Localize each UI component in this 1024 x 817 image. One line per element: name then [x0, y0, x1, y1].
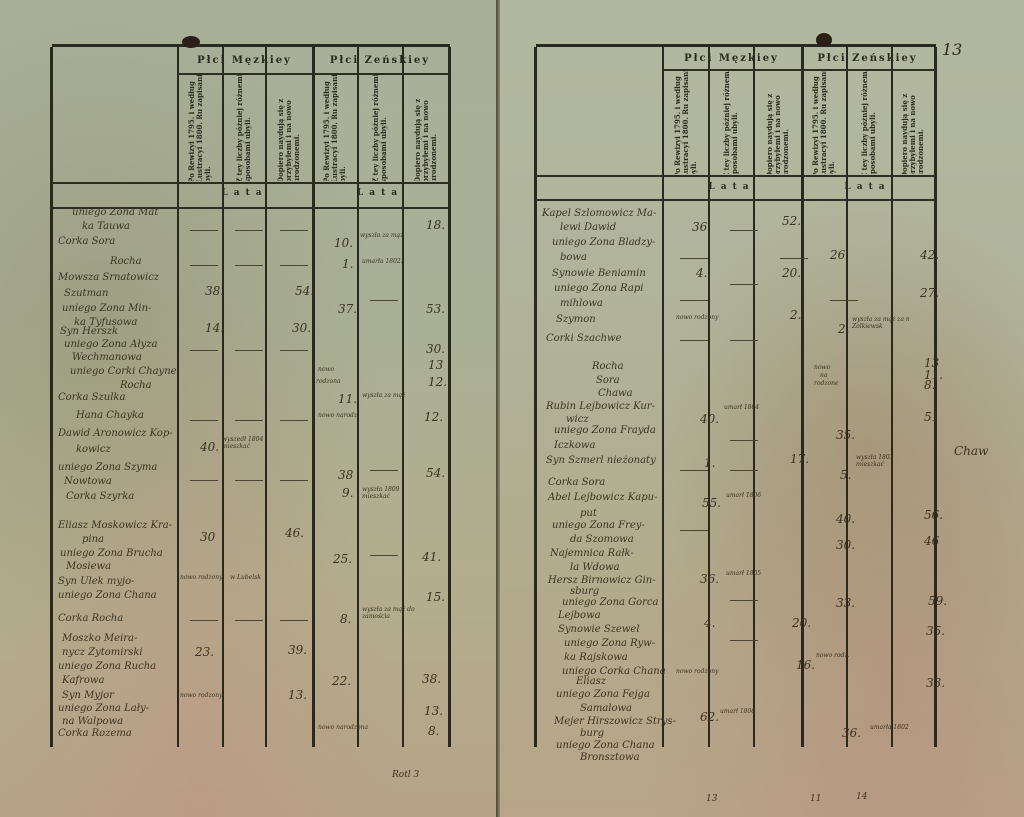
- entry-name: bowa: [560, 252, 587, 263]
- age-value: 8.: [428, 724, 439, 738]
- female-group-title: Płci Zeńskiey: [801, 53, 934, 64]
- age-note: wyszedł 1804 mieszkać: [222, 436, 282, 450]
- entry-name: Synowie Beniamin: [552, 268, 646, 279]
- entry-name: uniego Zona Frey-: [552, 520, 645, 531]
- ink-blot: [816, 33, 832, 47]
- age-value: 40.: [700, 412, 719, 426]
- age-note: nowo rodzony: [180, 692, 240, 699]
- age-note: umarła 1802.: [362, 258, 422, 265]
- entry-name: Kapel Szlomowicz Ma-: [542, 208, 656, 219]
- age-note: wyszła za mąż: [360, 232, 420, 239]
- entry-name: Szutman: [64, 288, 108, 299]
- entry-name: Moszko Meira-: [62, 633, 137, 644]
- entry-name: Szymon: [556, 314, 596, 325]
- col-header-m3: Dopiero naydują się z przybyłemi i na no…: [755, 71, 800, 174]
- age-value: 38: [338, 468, 353, 482]
- entry-name: nycz Zytomirski: [62, 647, 143, 658]
- page-number: 13: [942, 40, 962, 59]
- age-note: nowo rodz.: [816, 652, 876, 659]
- male-group-title: Płci Męzkiey: [177, 55, 312, 66]
- entry-name: na Walpowa: [62, 716, 123, 727]
- entry-name: put: [580, 508, 597, 519]
- age-value: 54.: [426, 466, 445, 480]
- entry-name: Syn Szmerl nieżonaty: [546, 455, 656, 466]
- age-value: 11.: [338, 392, 357, 406]
- left-page: Płci Męzkiey Płci Zeńskiey Po Rewizyi 17…: [0, 0, 500, 817]
- entry-name: burg: [580, 728, 604, 739]
- age-value: 37.: [338, 302, 357, 316]
- entry-name: wicz: [566, 414, 589, 425]
- age-value: 59.: [928, 594, 947, 608]
- entry-name: Kafrowa: [62, 675, 104, 686]
- age-value: 1.: [704, 456, 715, 470]
- entry-name: Mowsza Srnatowicz: [58, 272, 159, 283]
- years-label-male: Lata: [177, 188, 312, 198]
- age-value: 40.: [200, 440, 219, 454]
- entry-name: uniego Zona Chana: [556, 740, 655, 751]
- age-value: 52.: [782, 214, 801, 228]
- entry-name: Corka Rozema: [58, 728, 132, 739]
- entry-name: mihlowa: [560, 298, 603, 309]
- col-header-f1: Po Rewizyi 1795. i według Lustracyi 1800…: [314, 75, 356, 181]
- age-value: 42.: [920, 248, 939, 262]
- age-note: wyszła 1809 mieszkać: [362, 486, 422, 500]
- entry-name: Abel Lejbowicz Kapu-: [548, 492, 657, 503]
- col-header-m2: Z tey liczby później różnemi sposobami u…: [224, 75, 264, 181]
- age-value: 56.: [924, 508, 943, 522]
- entry-name: Lejbowa: [558, 610, 601, 621]
- age-note: wyszła za mąż do zamościa: [362, 606, 422, 620]
- age-value: 36.: [842, 726, 861, 740]
- entry-name: Hersz Birnowicz Gin-: [548, 575, 656, 586]
- age-value: 9.: [342, 486, 353, 500]
- entry-name: uniego Zona Ryw-: [564, 638, 655, 649]
- bottom-mark: 14: [856, 792, 867, 802]
- years-label-male: Lata: [662, 182, 801, 192]
- age-value: 10.: [334, 236, 353, 250]
- age-note: wyszła za mąż: [362, 392, 422, 399]
- age-note: nowo: [814, 364, 874, 371]
- entry-name: Iczkowa: [554, 440, 595, 451]
- entry-name: Mejer Hirszowicz Strys-: [554, 716, 676, 727]
- entry-name: Corka Szyrka: [66, 491, 134, 502]
- male-group-title: Płci Męzkiey: [662, 53, 801, 64]
- age-note: rodzona: [316, 378, 376, 385]
- entry-name: uniego Zona Ałyza: [64, 339, 158, 350]
- age-note: nowo narodz.: [318, 412, 378, 419]
- age-note: nowo rodzony: [676, 668, 736, 675]
- age-value: 5.: [840, 468, 851, 482]
- age-value: 18.: [426, 218, 445, 232]
- age-note: umarł 1806: [726, 492, 786, 499]
- entry-name: Rocha: [592, 361, 624, 372]
- age-note: rodzone: [814, 380, 874, 387]
- entry-name: Eliasz Moskowicz Kra-: [58, 520, 172, 531]
- age-note: nowo rodzony: [676, 314, 736, 321]
- col-header-f2: Z tey liczby później różnemi sposobami u…: [848, 71, 890, 174]
- right-page: Płci Męzkiey Płci Zeńskiey Po Rewizyi 17…: [500, 0, 1024, 817]
- entry-name: Corka Sora: [58, 236, 115, 247]
- entry-name: uniego Zona Szyma: [58, 462, 157, 473]
- age-note: umarł 1804: [724, 404, 784, 411]
- age-value: 62.: [700, 710, 719, 724]
- age-value: 8.: [924, 378, 935, 392]
- age-note: wyszła 1803 mieszkać: [856, 454, 916, 468]
- entry-name: Nowtowa: [64, 476, 112, 487]
- age-value: 14.: [205, 321, 224, 335]
- col-header-f2: Z tey liczby później różnemi sposobami u…: [359, 75, 401, 181]
- age-value: 35.: [926, 624, 945, 638]
- age-value: 36.: [692, 220, 711, 234]
- age-value: 46: [924, 534, 939, 548]
- entry-name: uniego Zona Brucha: [60, 548, 163, 559]
- age-value: 12.: [428, 375, 447, 389]
- entry-name: Synowie Szewel: [558, 624, 640, 635]
- age-value: 54.: [295, 284, 314, 298]
- entry-name: Corki Szachwe: [546, 333, 622, 344]
- entry-name: Syn Herszk: [60, 326, 118, 337]
- entry-name: pina: [82, 534, 104, 545]
- entry-name: sburg: [570, 586, 599, 597]
- age-value: 23.: [195, 645, 214, 659]
- age-value: 8.: [340, 612, 351, 626]
- entry-name: uniego Zona Fejga: [556, 689, 650, 700]
- age-value: 38.: [205, 284, 224, 298]
- col-header-m2: Z tey liczby później różnemi sposobami u…: [710, 71, 752, 174]
- entry-name: Corka Szulka: [58, 392, 125, 403]
- entry-name: Syn Myjor: [62, 690, 114, 701]
- age-note: na: [820, 372, 880, 379]
- entry-name: uniego Zona Mat: [72, 207, 158, 218]
- age-value: 41.: [422, 550, 441, 564]
- entry-name: ka Rajskowa: [564, 652, 628, 663]
- age-value: 30: [200, 530, 215, 544]
- age-value: 39.: [288, 643, 307, 657]
- age-value: 13.: [288, 688, 307, 702]
- age-value: 36.: [700, 572, 719, 586]
- entry-name: lewi Dawid: [560, 222, 616, 233]
- entry-name: Syn Ulek myjo-: [58, 576, 135, 587]
- margin-note: Chaw: [954, 444, 988, 458]
- age-value: 20.: [792, 616, 811, 630]
- age-value: 55.: [702, 496, 721, 510]
- col-header-f3: Dopiero naydują się z przybyłemi i na no…: [404, 75, 447, 181]
- entry-name: uniego Corki Chayne: [70, 366, 177, 377]
- entry-name: uniego Zona Rapi: [554, 283, 643, 294]
- entry-name: Chawa: [598, 388, 633, 399]
- age-value: 1.: [342, 257, 353, 271]
- entry-name: Najemnica Rałk-: [550, 548, 634, 559]
- bottom-note: Rotl 3: [392, 770, 419, 780]
- age-value: 25.: [333, 552, 352, 566]
- age-value: 2.: [790, 308, 801, 322]
- col-header-f1: Po Rewizyi 1795. i według Lustracyi 1800…: [803, 71, 845, 174]
- entry-name: Rocha: [120, 380, 152, 391]
- age-note: umarł 1805: [726, 570, 786, 577]
- col-header-m1: Po Rewizyi 1795. i według Lustracyi 1800…: [179, 75, 221, 181]
- age-value: 15.: [426, 590, 445, 604]
- age-value: 40.: [836, 512, 855, 526]
- ink-blot: [182, 36, 200, 48]
- age-note: wyszła za mąż za n Zolkiewsk: [852, 316, 912, 330]
- entry-name: uniego Zona Lały-: [58, 703, 149, 714]
- age-value: 20.: [782, 266, 801, 280]
- entry-name: Rocha: [110, 256, 142, 267]
- bottom-mark: 11: [810, 794, 821, 804]
- age-value: 30.: [426, 342, 445, 356]
- entry-name: ka Tauwa: [82, 221, 130, 232]
- entry-name: Corka Rocha: [58, 613, 123, 624]
- entry-name: Hana Chayka: [76, 410, 144, 421]
- entry-name: uniego Zona Rucha: [58, 661, 156, 672]
- age-value: 13: [428, 358, 443, 372]
- age-value: 22.: [332, 674, 351, 688]
- age-value: 35.: [836, 428, 855, 442]
- age-value: 46.: [285, 526, 304, 540]
- age-value: 38.: [422, 672, 441, 686]
- age-value: 27.: [920, 286, 939, 300]
- age-note: umarł 1806: [720, 708, 780, 715]
- entry-name: uniego Zona Chana: [58, 590, 157, 601]
- years-label-female: Lata: [801, 182, 934, 192]
- entry-name: uniego Zona Min-: [62, 303, 151, 314]
- female-group-title: Płci Zeńskiey: [312, 55, 448, 66]
- age-value: 30.: [292, 321, 311, 335]
- age-note: w Lubelsk: [230, 574, 290, 581]
- entry-name: Rubin Lejbowicz Kur-: [546, 401, 655, 412]
- age-value: 51: [924, 410, 939, 424]
- entry-name: uniego Zona Gorca: [562, 597, 659, 608]
- age-value: 33.: [926, 676, 945, 690]
- age-value: 30.: [836, 538, 855, 552]
- entry-name: Dawid Aronowicz Kop-: [58, 428, 173, 439]
- age-value: 12.: [424, 410, 443, 424]
- col-header-m1: Po Rewizyi 1795. i według Lustracyi 1800…: [664, 71, 707, 174]
- entry-name: da Szomowa: [570, 534, 634, 545]
- entry-name: Bronsztowa: [580, 752, 640, 763]
- bottom-mark: 13: [706, 794, 717, 804]
- entry-name: Corka Sora: [548, 477, 605, 488]
- age-value: 26.: [830, 248, 849, 262]
- age-value: 16.: [796, 658, 815, 672]
- entry-name: Samalowa: [580, 703, 632, 714]
- entry-name: uniego Zona Bladzy-: [552, 237, 655, 248]
- age-value: 4.: [704, 616, 715, 630]
- age-note: nowo narodzona: [318, 724, 378, 731]
- age-value: 17.: [790, 452, 809, 466]
- age-value: 13.: [424, 704, 443, 718]
- entry-name: Sora: [596, 375, 620, 386]
- col-header-m3: Dopiero naydują się z przybyłemi i na no…: [267, 75, 311, 181]
- age-note: umarła 1802: [870, 724, 930, 731]
- entry-name: kowicz: [76, 444, 111, 455]
- entry-name: la Wdowa: [570, 562, 620, 573]
- entry-name: Eliasz: [576, 676, 606, 687]
- age-value: 2.: [838, 322, 849, 336]
- entry-name: Wechmanowa: [72, 352, 142, 363]
- entry-name: Mosiewa: [66, 561, 111, 572]
- years-label-female: Lata: [312, 188, 448, 198]
- entry-name: uniego Zona Frayda: [554, 425, 656, 436]
- col-header-f3: Dopiero naydują się z przybyłemi i na no…: [893, 71, 933, 174]
- age-note: nowo: [318, 366, 378, 373]
- age-value: 33.: [836, 596, 855, 610]
- age-value: 4.: [696, 266, 707, 280]
- age-value: 53.: [426, 302, 445, 316]
